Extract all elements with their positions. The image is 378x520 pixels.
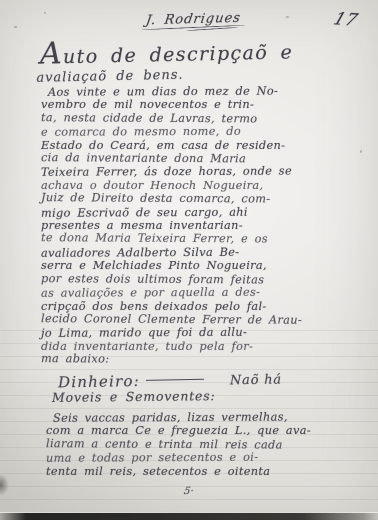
manuscript-line: as avaliações e por aquella a des- (41, 285, 341, 300)
scan-edge-band (0, 512, 378, 520)
manuscript-line: achava o doutor Henoch Nogueira, (41, 179, 341, 192)
manuscript-line: Teixeira Ferrer, ás doze horas, onde se (41, 165, 341, 180)
manuscript-line: avaliadores Adalberto Silva Be- (41, 245, 341, 260)
manuscript-line: vembro de mil novecentos e trin- (41, 98, 341, 111)
document-title: Auto de descripçaõ e avaliaçaõ de bens. (40, 31, 294, 85)
manuscript-line: migo Escrivaõ de seu cargo, ahi (41, 205, 341, 220)
manuscript-line: e comarca do mesmo nome, do (41, 124, 341, 139)
manuscript-line: Aos vinte e um dias do mez de No- (41, 84, 341, 99)
movables-section-heading: Moveis e Semoventes: (52, 388, 216, 405)
manuscript-line: serra e Melchiades Pinto Nogueira, (41, 259, 341, 272)
manuscript-line: tenta mil reis, setecentos e oitenta (46, 465, 342, 478)
paper-speck (44, 12, 46, 14)
opening-paragraph: Aos vinte e um dias do mez de No-vembro … (41, 85, 341, 367)
title-line-1: Auto de descripçaõ e (40, 31, 294, 71)
paper-speck (360, 150, 362, 153)
bottom-page-mark: 5· (183, 486, 194, 497)
money-section-value: Naõ há (230, 372, 282, 388)
manuscript-line: Estado do Ceará, em casa de residen- (41, 139, 341, 152)
paper-speck (286, 16, 290, 19)
manuscript-line: Juiz de Direito desta comarca, com- (41, 191, 341, 206)
manuscript-line: jo Lima, marido que foi da allu- (41, 326, 341, 341)
manuscript-page: J. Rodrigues 17 Auto de descripçaõ e ava… (0, 0, 378, 520)
manuscript-line: ma abaixo: (41, 352, 341, 367)
manuscript-line: uma e todas por setecentos e oi- (46, 450, 342, 465)
ruled-dash-line (146, 379, 204, 381)
cattle-description-paragraph: Seis vaccas paridas, lizas vermelhas,com… (46, 411, 342, 478)
paper-speck (14, 26, 17, 28)
clerk-rubric: J. Rodrigues (128, 6, 259, 31)
manuscript-line: dida inventariante, tudo pela for- (41, 340, 341, 353)
manuscript-line: Seis vaccas paridas, lizas vermelhas, (46, 410, 342, 425)
scan-edge-smudge (0, 474, 9, 496)
manuscript-line: cripçaõ dos bens deixados pelo fal- (41, 300, 341, 313)
page-number: 17 (331, 9, 361, 31)
manuscript-line: com a marca Ce e freguezia L., que ava- (46, 424, 342, 437)
